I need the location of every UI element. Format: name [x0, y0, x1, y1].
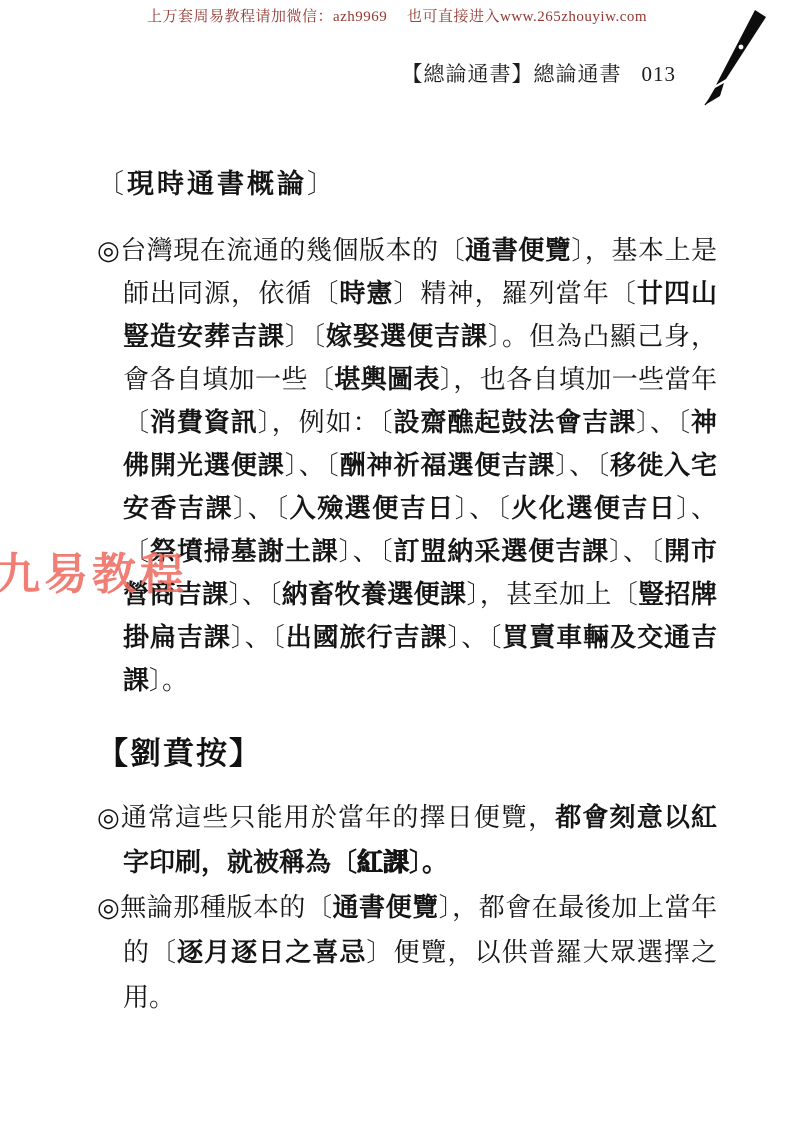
text-segment: 〕〔 — [285, 322, 326, 351]
text-segment: ◎無論那種版本的〔 — [97, 893, 333, 922]
book-page: 上万套周易教程请加微信：azh9969 也可直接进入www.265zhouyiw… — [0, 0, 794, 1123]
text-segment: 火化選便吉日 — [511, 493, 676, 523]
text-segment: 〕精神，羅列當年〔 — [393, 279, 636, 308]
text-segment: 通書便覽 — [465, 235, 571, 265]
page-header: 【總論通書】總論通書 013 — [402, 58, 677, 88]
text-segment: 現時通書概論 — [127, 169, 307, 199]
paragraph-monthly-daily-listing: ◎無論那種版本的〔通書便覽〕，都會在最後加上當年的〔逐月逐日之喜忌〕便覽，以供普… — [97, 885, 717, 1020]
text-segment: 〕，例如：〔 — [258, 408, 394, 437]
text-segment: 〕、〔 — [339, 537, 394, 566]
text-segment: 消費資訊 — [150, 407, 258, 437]
text-segment: 嫁娶選便吉課 — [326, 321, 488, 351]
text-segment: 酬神祈福選便吉課 — [340, 450, 556, 480]
text-segment: 紅課 — [357, 847, 409, 877]
text-segment: 時憲 — [339, 278, 393, 308]
text-segment: 〕。 — [149, 666, 188, 695]
text-segment: 〕、〔 — [285, 451, 340, 480]
text-segment: 入殮選便吉日 — [290, 493, 455, 523]
page-number: 013 — [642, 62, 677, 87]
text-segment: 〕、〔 — [455, 494, 512, 523]
text-segment: ◎通常這些只能用於當年的擇日便覽， — [97, 803, 555, 832]
paragraph-almanac-versions: ◎台灣現在流通的幾個版本的〔通書便覽〕，基本上是師出同源，依循〔時憲〕精神，羅列… — [97, 229, 717, 702]
section-heading-current-almanac-overview: 〔現時通書概論〕 — [97, 162, 717, 201]
main-text-column: 〔現時通書概論〕 ◎台灣現在流通的幾個版本的〔通書便覽〕，基本上是師出同源，依循… — [97, 162, 717, 1020]
text-segment: 通書便覽 — [333, 892, 439, 922]
banner-text: 上万套周易教程请加微信：azh9969 也可直接进入www.265zhouyiw… — [147, 9, 647, 25]
pen-icon — [696, 8, 776, 106]
text-segment: 〕、〔 — [609, 537, 664, 566]
watermark-jiuyi-jiaocheng: 九易教程 — [0, 538, 188, 602]
text-segment: 〕、〔 — [636, 408, 691, 437]
text-segment: 〕、〔 — [447, 623, 502, 652]
text-segment: 〕、〔 — [555, 451, 610, 480]
section-heading-liu-ben-note: 【劉賁按】 — [97, 728, 717, 773]
text-segment: 〕、〔 — [233, 494, 290, 523]
text-segment: 納畜牧養選便課 — [282, 579, 467, 609]
text-segment: 〔 — [97, 169, 127, 199]
text-segment: 出國旅行吉課 — [286, 622, 448, 652]
paragraph-red-print: ◎通常這些只能用於當年的擇日便覽，都會刻意以紅字印刷，就被稱為〔紅課〕。 — [97, 795, 717, 885]
text-segment: 〕，甚至加上〔 — [466, 580, 638, 609]
text-segment: ◎台灣現在流通的幾個版本的〔 — [97, 236, 465, 265]
text-segment: 訂盟納采選便吉課 — [393, 536, 609, 566]
text-segment: 逐月逐日之喜忌 — [177, 937, 366, 967]
text-segment: 設齋醮起鼓法會吉課 — [393, 407, 636, 437]
top-banner: 上万套周易教程请加微信：azh9969 也可直接进入www.265zhouyiw… — [0, 5, 794, 26]
text-segment: 〕。 — [409, 847, 448, 877]
text-segment: 〕、〔 — [231, 623, 286, 652]
header-title: 【總論通書】總論通書 — [402, 58, 622, 88]
text-segment: 〕 — [307, 169, 337, 199]
text-segment: 〕、〔 — [229, 580, 282, 609]
text-segment: 堪輿圖表 — [334, 364, 440, 394]
